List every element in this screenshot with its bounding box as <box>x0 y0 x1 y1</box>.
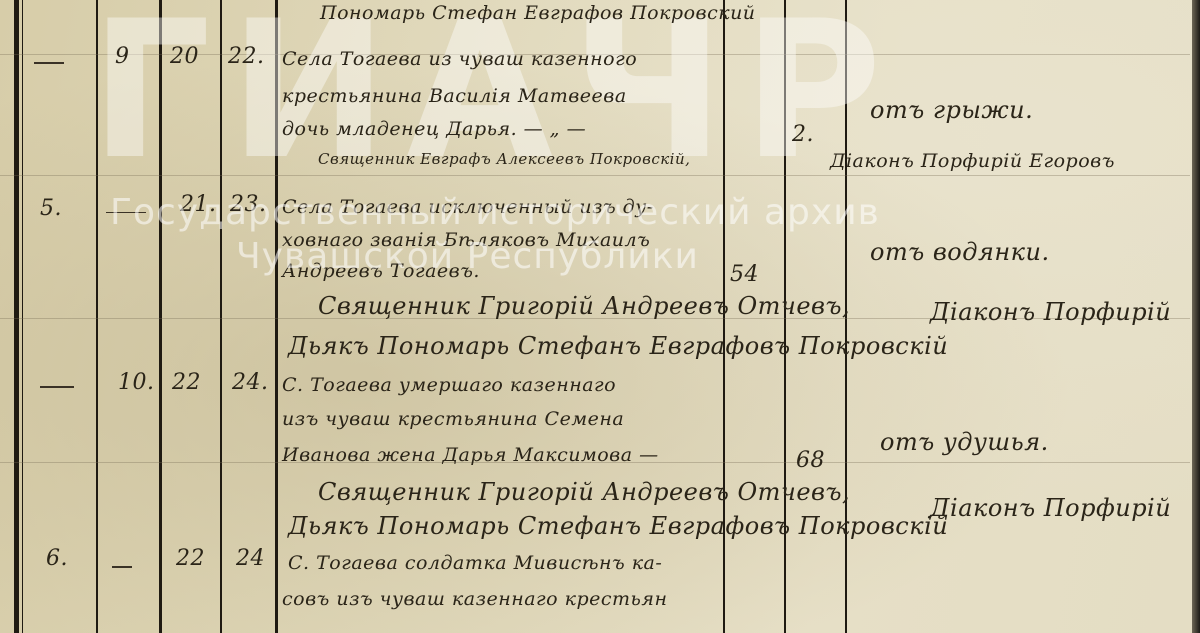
entry1-col3: 20 <box>170 44 199 69</box>
entry1-col4: 22. <box>228 44 265 69</box>
entry3-desc-line1: С. Тогаева умершаго казеннаго <box>282 374 616 396</box>
column-rule <box>275 0 278 633</box>
entry2-desc-line3: Андреевъ Тогаевъ. <box>282 260 480 282</box>
entry2-col1: 5. <box>40 196 62 221</box>
entry4-desc-line1: С. Тогаева солдатка Мивисѣнъ ка- <box>288 552 662 574</box>
entry2-clergy: Священник Григорій Андреевъ Отчевъ, <box>318 292 850 320</box>
header-fragment: Пономарь Стефан Евграфов Покровский <box>320 2 756 24</box>
entry3-clergy-right: Діаконъ Порфирій <box>930 494 1171 522</box>
entry3-col2: 10. <box>118 370 155 395</box>
dash <box>112 566 132 568</box>
book-spine <box>1192 0 1200 633</box>
entry3-desc-line2: изъ чуваш крестьянина Семена <box>282 408 624 430</box>
entry4-col4: 24 <box>236 546 265 571</box>
row-line <box>0 175 1190 176</box>
entry2-age: 54 <box>730 262 759 287</box>
entry4-desc-line2: совъ изъ чуваш казеннаго крестьян <box>282 588 667 610</box>
dash <box>40 386 74 388</box>
entry3-desc-line3: Иванова жена Дарья Максимова — <box>282 444 659 466</box>
entry1-desc-line2: крестьянина Василія Матвеева <box>282 85 627 107</box>
column-rule <box>159 0 162 633</box>
entry2-col3: 21. <box>180 192 217 217</box>
dash <box>34 62 64 64</box>
entry3-col4: 24. <box>232 370 269 395</box>
entry2-col4: 23. <box>230 192 267 217</box>
entry1-clergy: Священник Евграфъ Алексеевъ Покровскій, <box>318 150 690 168</box>
entry3-clergy: Священник Григорій Андреевъ Отчевъ, <box>318 478 850 506</box>
entry3-cause: отъ удушья. <box>880 428 1049 456</box>
entry2-desc-line2: ховнаго званія Бѣляковъ Михаилъ <box>282 229 650 251</box>
entry2-desc-line1: Села Тогаева исключенный изъ ду- <box>282 196 654 218</box>
entry1-col2: 9 <box>115 44 130 69</box>
entry1-age: 2. <box>792 122 814 147</box>
entry2-cause: отъ водянки. <box>870 238 1050 266</box>
entry1-cause: отъ грыжи. <box>870 96 1033 124</box>
column-rule <box>220 0 222 633</box>
entry1-clergy-right: Діаконъ Порфирій Егоровъ <box>830 150 1115 172</box>
entry1-desc-line1: Села Тогаева из чуваш казенного <box>282 48 637 70</box>
register-page: ГИАЧР Пономарь Стефан Евграфов Покровски… <box>0 0 1200 633</box>
column-rule <box>96 0 98 633</box>
entry3-col3: 22 <box>172 370 201 395</box>
entry4-col1: 6. <box>46 546 68 571</box>
entry2-clergy-line2: Дьякъ Пономарь Стефанъ Евграфовъ Покровс… <box>288 332 948 360</box>
entry2-clergy-right: Діаконъ Порфирій <box>930 298 1171 326</box>
entry4-col3: 22 <box>176 546 205 571</box>
entry1-desc-line3: дочь младенец Дарья. — „ — <box>282 118 586 140</box>
column-rule <box>14 0 19 633</box>
dash <box>106 212 146 213</box>
entry3-clergy-line2: Дьякъ Пономарь Стефанъ Евграфовъ Покровс… <box>288 512 948 540</box>
column-rule <box>22 0 23 633</box>
entry3-age: 68 <box>796 448 825 473</box>
